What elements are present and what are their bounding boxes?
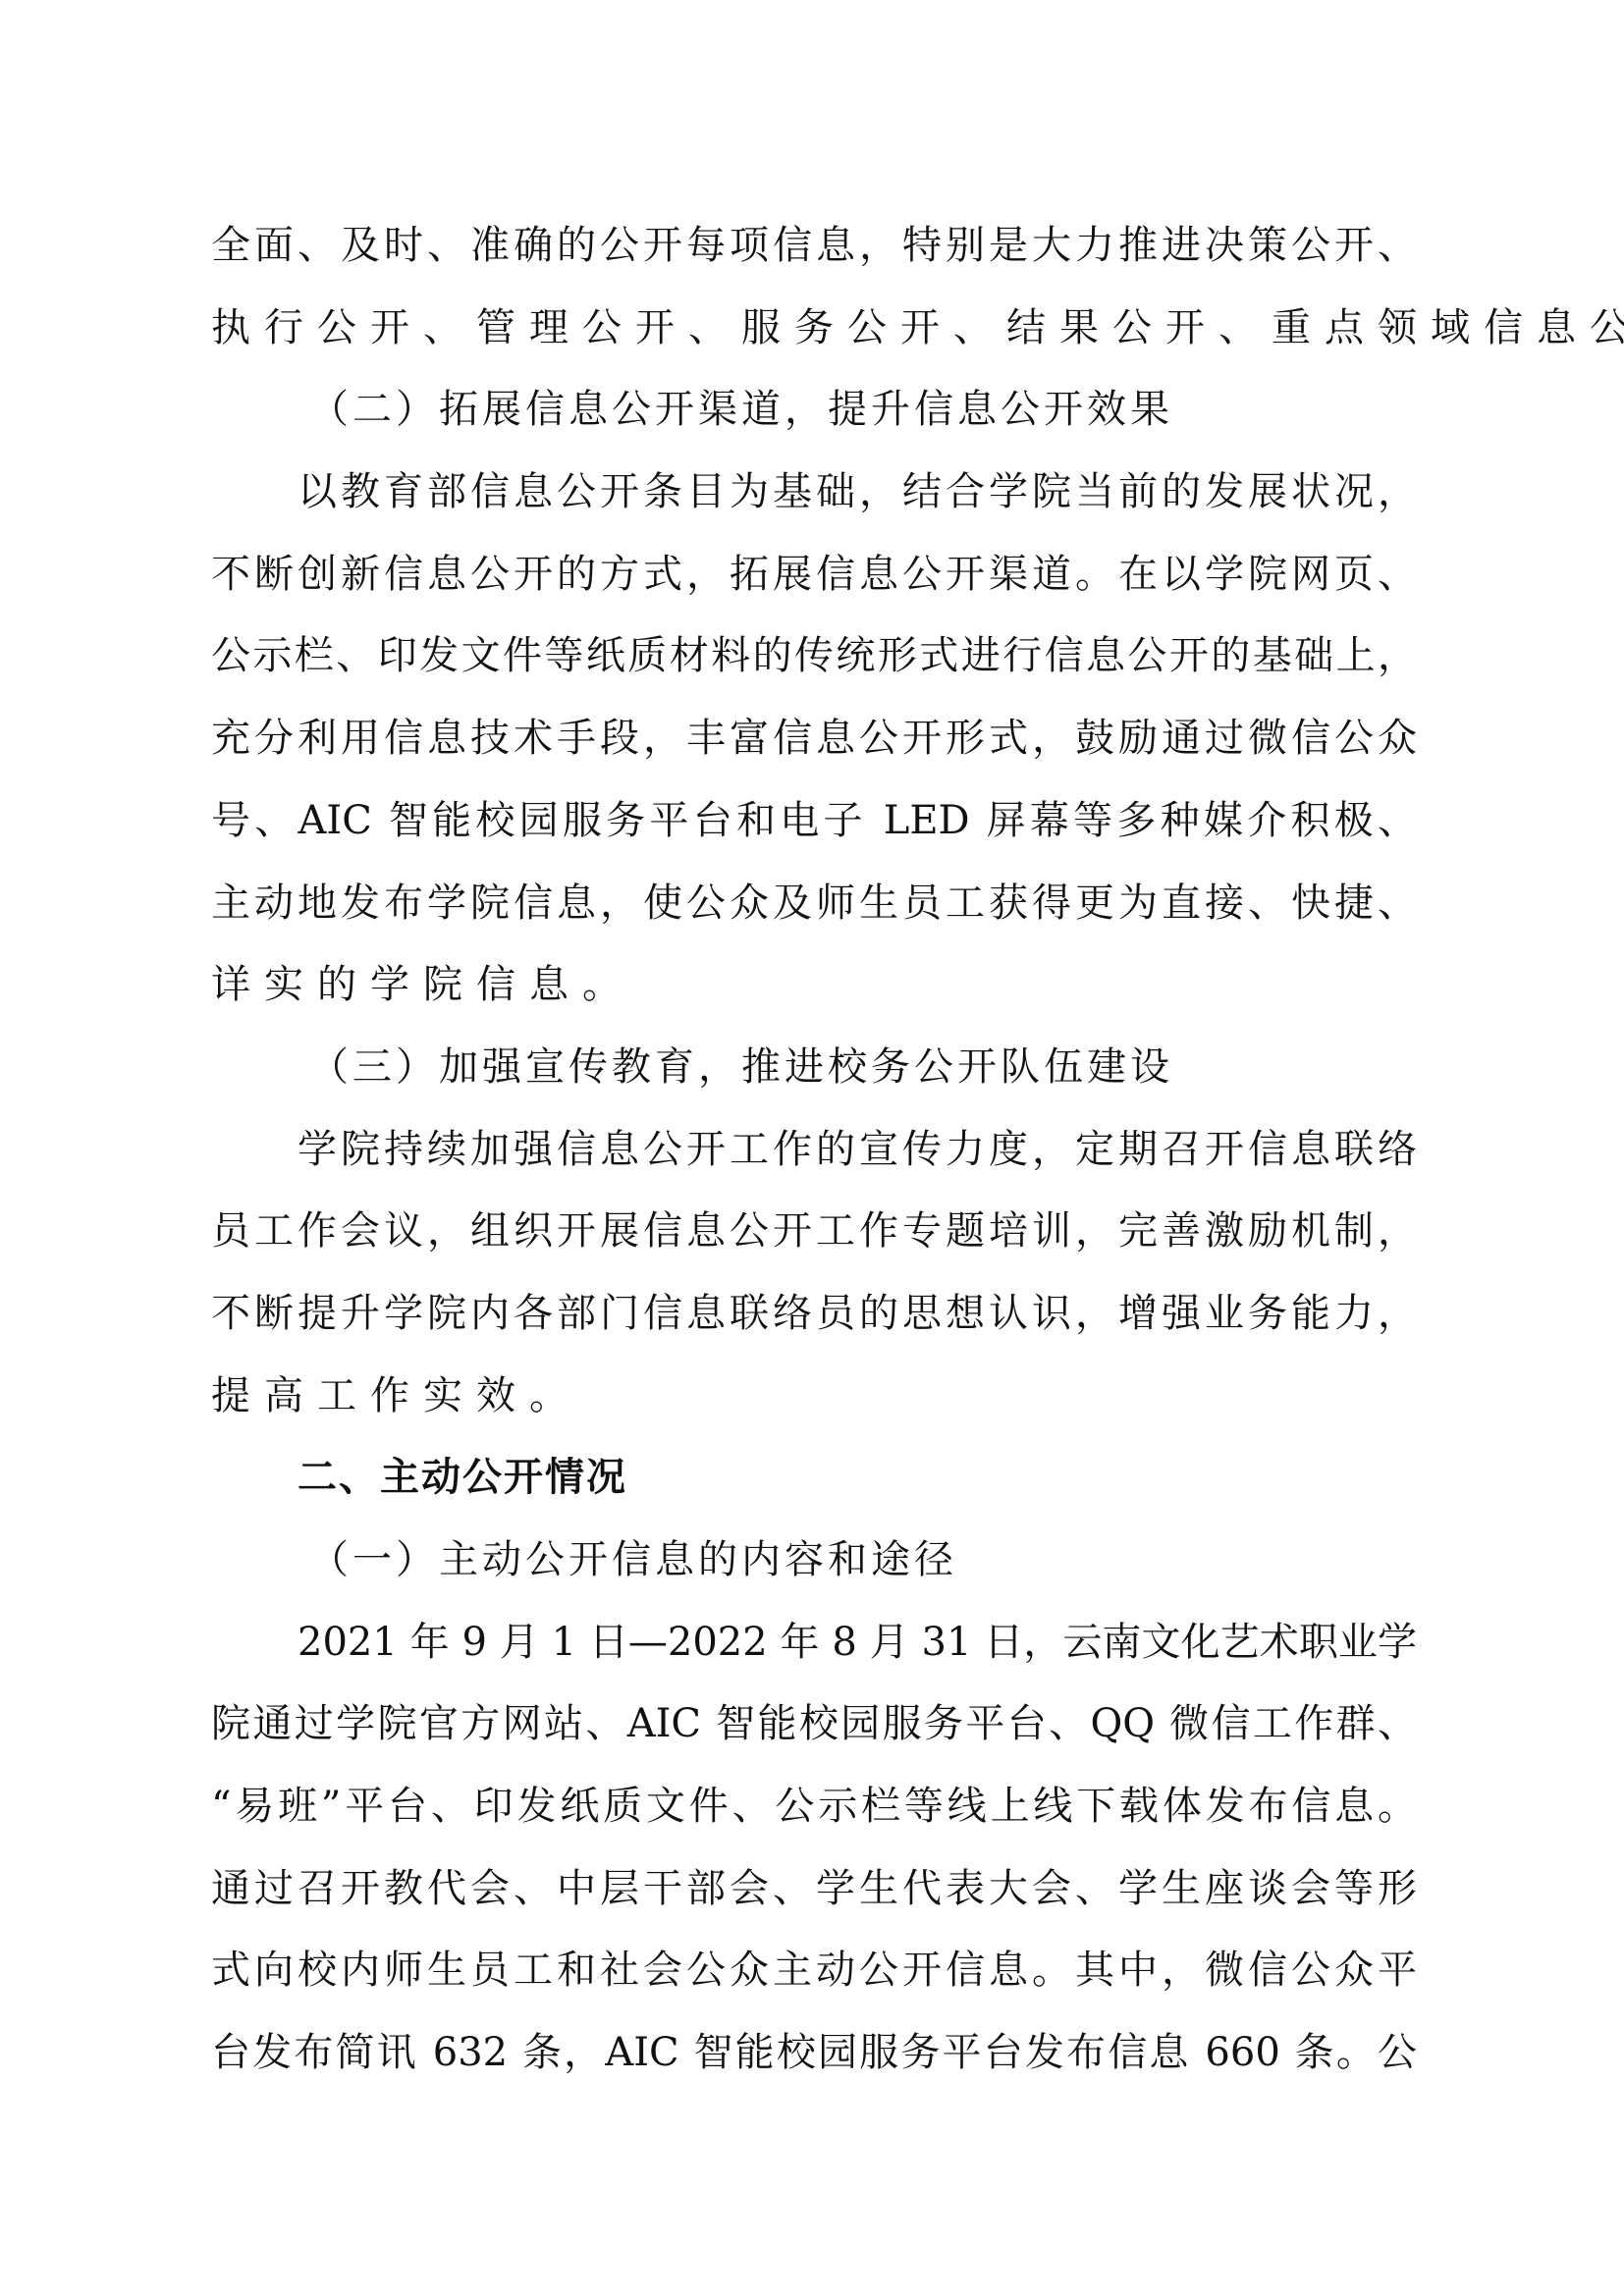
paragraph-line: 不断创新信息公开的方式，拓展信息公开渠道。在以学院网页、 bbox=[211, 547, 1417, 629]
sub-heading-expand-channels: （二）拓展信息公开渠道，提升信息公开效果 bbox=[211, 382, 1417, 464]
paragraph-line: 学院持续加强信息公开工作的宣传力度，定期召开信息联络 bbox=[211, 1122, 1417, 1204]
paragraph-line: 台发布简讯 632 条，AIC 智能校园服务平台发布信息 660 条。公 bbox=[211, 2025, 1417, 2108]
section-heading-proactive-disclosure: 二、主动公开情况 bbox=[211, 1450, 1417, 1532]
paragraph-line: “易班”平台、印发纸质文件、公示栏等线上线下载体发布信息。 bbox=[211, 1779, 1417, 1861]
paragraph-line: 详实的学院信息。 bbox=[211, 957, 1417, 1040]
paragraph-line: 执行公开、管理公开、服务公开、结果公开、重点领域信息公开。 bbox=[211, 300, 1417, 383]
paragraph-line: 号、AIC 智能校园服务平台和电子 LED 屏幕等多种媒介积极、 bbox=[211, 793, 1417, 876]
paragraph-line: 院通过学院官方网站、AIC 智能校园服务平台、QQ 微信工作群、 bbox=[211, 1696, 1417, 1779]
paragraph-line: 公示栏、印发文件等纸质材料的传统形式进行信息公开的基础上， bbox=[211, 628, 1417, 711]
paragraph-line: 全面、及时、准确的公开每项信息，特别是大力推进决策公开、 bbox=[211, 218, 1417, 300]
paragraph-line: 提高工作实效。 bbox=[211, 1368, 1417, 1451]
paragraph-line: 主动地发布学院信息，使公众及师生员工获得更为直接、快捷、 bbox=[211, 876, 1417, 958]
paragraph-line: 通过召开教代会、中层干部会、学生代表大会、学生座谈会等形 bbox=[211, 1861, 1417, 1944]
document-body: 全面、及时、准确的公开每项信息，特别是大力推进决策公开、 执行公开、管理公开、服… bbox=[211, 218, 1417, 2108]
sub-heading-content-and-channels: （一）主动公开信息的内容和途径 bbox=[211, 1532, 1417, 1615]
paragraph-line: 员工作会议，组织开展信息公开工作专题培训，完善激励机制， bbox=[211, 1203, 1417, 1286]
paragraph-line: 以教育部信息公开条目为基础，结合学院当前的发展状况， bbox=[211, 464, 1417, 547]
sub-heading-publicity-education: （三）加强宣传教育，推进校务公开队伍建设 bbox=[211, 1040, 1417, 1122]
paragraph-line: 充分利用信息技术手段，丰富信息公开形式，鼓励通过微信公众 bbox=[211, 711, 1417, 793]
paragraph-line: 2021 年 9 月 1 日—2022 年 8 月 31 日，云南文化艺术职业学 bbox=[211, 1615, 1417, 1697]
document-page: 全面、及时、准确的公开每项信息，特别是大力推进决策公开、 执行公开、管理公开、服… bbox=[0, 0, 1624, 2296]
paragraph-line: 不断提升学院内各部门信息联络员的思想认识，增强业务能力， bbox=[211, 1286, 1417, 1368]
paragraph-line: 式向校内师生员工和社会公众主动公开信息。其中，微信公众平 bbox=[211, 1943, 1417, 2025]
